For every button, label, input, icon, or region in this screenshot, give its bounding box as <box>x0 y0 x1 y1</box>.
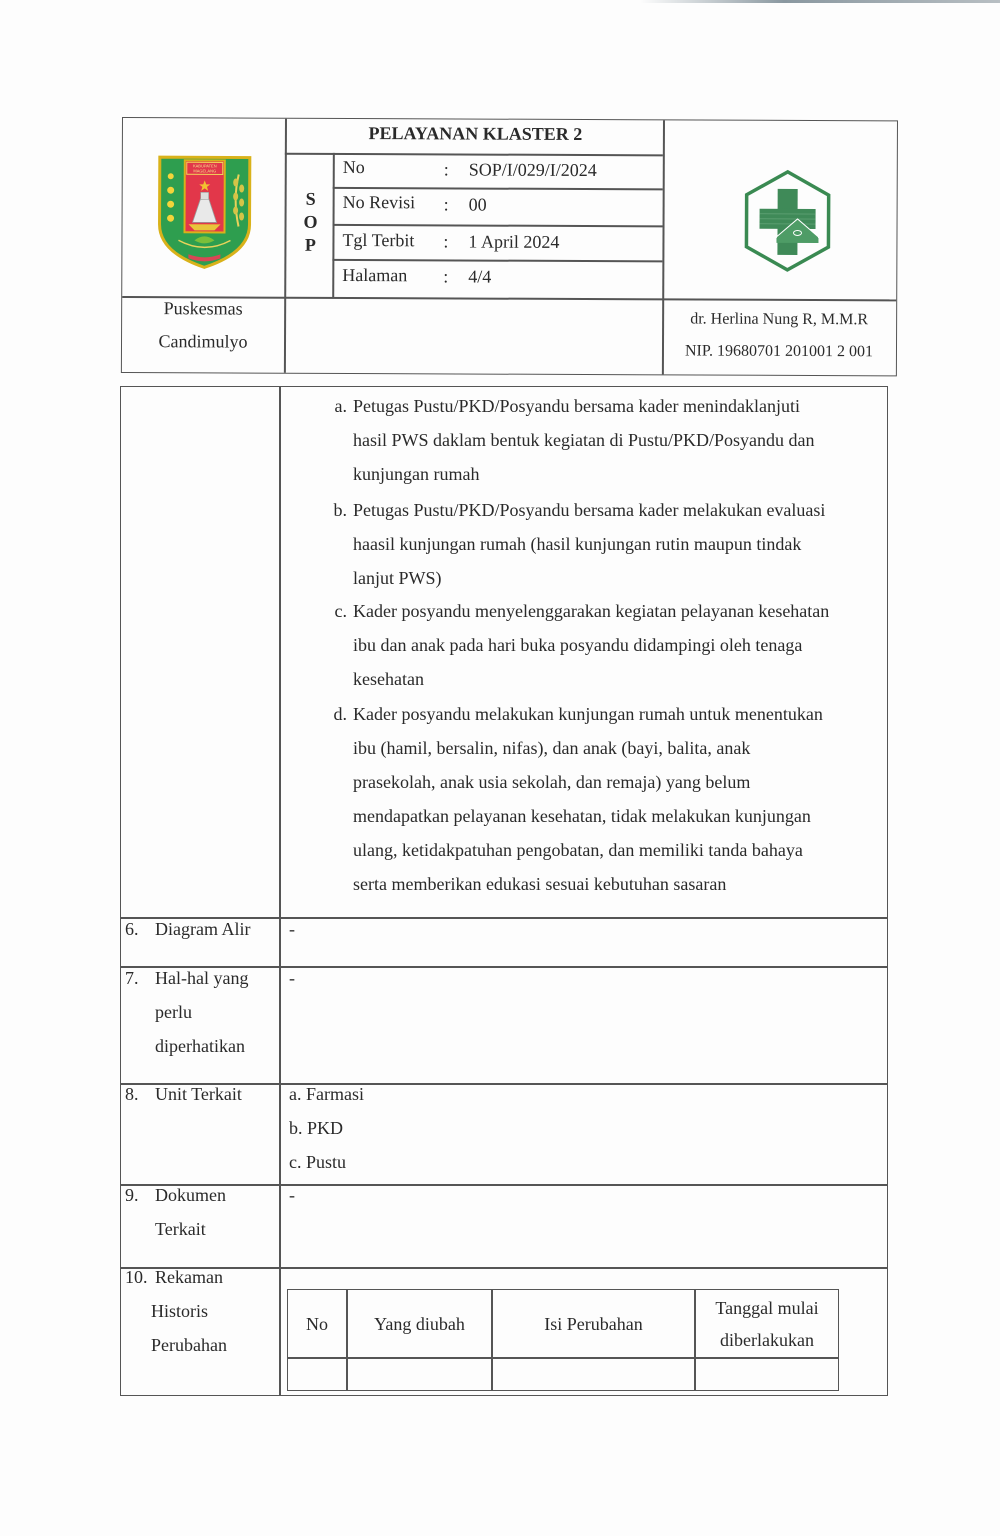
puskesmas-logo-icon <box>742 169 832 273</box>
svg-text:MAGELANG: MAGELANG <box>193 168 216 173</box>
divider <box>284 119 287 373</box>
step-line: prasekolah, anak usia sekolah, dan remaj… <box>353 765 883 799</box>
meta-revisi-label: No Revisi <box>343 192 416 213</box>
section-7-label: Hal-hal yang perlu diperhatikan <box>155 961 280 1063</box>
scan-edge-artifact <box>640 0 1000 3</box>
meta-halaman-label: Halaman <box>342 265 407 286</box>
value-line: b. PKD <box>289 1111 364 1145</box>
section-9-number: 9. <box>125 1178 139 1212</box>
org-name-line2: Candimulyo <box>122 331 284 353</box>
step-line: mendapatkan pelayanan kesehatan, tidak m… <box>353 799 883 833</box>
meta-colon: : <box>443 231 448 252</box>
org-name-line1: Puskesmas <box>122 298 284 320</box>
section-9-value: - <box>289 1178 295 1212</box>
section-10-label: Rekaman Historis Perubahan <box>155 1260 280 1362</box>
history-header-isi-perubahan: Isi Perubahan <box>493 1290 694 1358</box>
step-line: ulang, ketidakpatuhan pengobatan, dan me… <box>353 833 883 867</box>
meta-no-label: No <box>343 157 365 178</box>
divider <box>332 259 662 262</box>
kabupaten-magelang-emblem-icon: KABUPATEN MAGELANG <box>156 154 253 270</box>
meta-colon: : <box>444 194 449 215</box>
history-header-tanggal: Tanggal mulai diberlakukan <box>696 1290 838 1358</box>
step-line: ibu dan anak pada hari buka posyandu did… <box>353 628 883 662</box>
meta-no-value: SOP/I/029/I/2024 <box>469 160 597 182</box>
step-line: Petugas Pustu/PKD/Posyandu bersama kader… <box>353 389 883 423</box>
document-title: PELAYANAN KLASTER 2 <box>288 123 663 146</box>
section-8-label: Unit Terkait <box>155 1077 280 1111</box>
section-8-number: 8. <box>125 1077 139 1111</box>
label-line: diperhatikan <box>155 1029 280 1063</box>
label-line: Rekaman <box>155 1260 280 1294</box>
step-line: Kader posyandu menyelenggarakan kegiatan… <box>353 594 883 628</box>
value-line: - <box>289 1178 295 1212</box>
step-line: hasil PWS daklam bentuk kegiatan di Pust… <box>353 423 883 457</box>
step-line: lanjut PWS) <box>353 561 883 595</box>
label-line: Diagram Alir <box>155 912 280 946</box>
sop-letter-p: P <box>300 235 320 256</box>
section-9-label: Dokumen Terkait <box>155 1178 280 1246</box>
step-line: ibu (hamil, bersalin, nifas), dan anak (… <box>353 731 883 765</box>
history-header-yang-diubah: Yang diubah <box>348 1290 491 1358</box>
section-7-number: 7. <box>125 961 139 995</box>
revision-history-table: No Yang diubah Isi Perubahan Tanggal mul… <box>287 1289 839 1391</box>
label-line: Unit Terkait <box>155 1077 280 1111</box>
divider <box>333 224 663 227</box>
sop-letter-s: S <box>301 189 321 210</box>
value-line: - <box>289 961 295 995</box>
label-line: perlu <box>155 995 280 1029</box>
signatory-nip: NIP. 19680701 201001 2 001 <box>662 342 896 361</box>
sop-letter-o: O <box>300 212 320 233</box>
meta-colon: : <box>444 159 449 180</box>
section-8-value: a. Farmasi b. PKD c. Pustu <box>289 1077 364 1179</box>
meta-halaman-value: 4/4 <box>468 267 491 288</box>
label-line: Dokumen <box>155 1178 280 1212</box>
section-6-value: - <box>289 912 295 946</box>
section-10-number: 10. <box>125 1260 148 1294</box>
sop-header: KABUPATEN MAGELANG PELAYANAN KLASTER 2 S… <box>121 117 898 376</box>
step-label: b. <box>317 493 347 527</box>
step-label: a. <box>317 389 347 423</box>
procedure-step-a: a. Petugas Pustu/PKD/Posyandu bersama ka… <box>317 389 883 491</box>
label-line: Terkait <box>155 1212 280 1246</box>
sop-body-table: a. Petugas Pustu/PKD/Posyandu bersama ka… <box>120 386 888 1396</box>
history-header-no: No <box>288 1290 346 1358</box>
label-line: Hal-hal yang <box>155 961 280 995</box>
meta-terbit-value: 1 April 2024 <box>468 232 559 253</box>
value-line: a. Farmasi <box>289 1077 364 1111</box>
history-cell <box>348 1359 491 1389</box>
step-line: kunjungan rumah <box>353 457 883 491</box>
meta-terbit-label: Tgl Terbit <box>342 230 414 251</box>
step-line: kesehatan <box>353 662 883 696</box>
section-6-label: Diagram Alir <box>155 912 280 946</box>
step-label: d. <box>317 697 347 731</box>
history-cell <box>696 1359 838 1389</box>
section-7-value: - <box>289 961 295 995</box>
divider <box>333 187 663 190</box>
meta-revisi-value: 00 <box>469 195 487 216</box>
step-line: haasil kunjungan rumah (hasil kunjungan … <box>353 527 883 561</box>
procedure-step-d: d. Kader posyandu melakukan kunjungan ru… <box>317 697 883 901</box>
history-cell <box>288 1359 346 1389</box>
value-line: c. Pustu <box>289 1145 364 1179</box>
history-cell <box>493 1359 694 1389</box>
step-line: Kader posyandu melakukan kunjungan rumah… <box>353 697 883 731</box>
label-line: Perubahan <box>151 1328 280 1362</box>
procedure-step-c: c. Kader posyandu menyelenggarakan kegia… <box>317 594 883 696</box>
value-line: - <box>289 912 295 946</box>
divider <box>285 153 663 156</box>
step-label: c. <box>317 594 347 628</box>
meta-colon: : <box>443 266 448 287</box>
divider <box>662 120 665 374</box>
step-line: serta memberikan edukasi sesuai kebutuha… <box>353 867 883 901</box>
procedure-step-b: b. Petugas Pustu/PKD/Posyandu bersama ka… <box>317 493 883 595</box>
section-6-number: 6. <box>125 912 139 946</box>
signatory-name: dr. Herlina Nung R, M.M.R <box>662 310 896 329</box>
step-line: Petugas Pustu/PKD/Posyandu bersama kader… <box>353 493 883 527</box>
label-line: Historis <box>151 1294 280 1328</box>
